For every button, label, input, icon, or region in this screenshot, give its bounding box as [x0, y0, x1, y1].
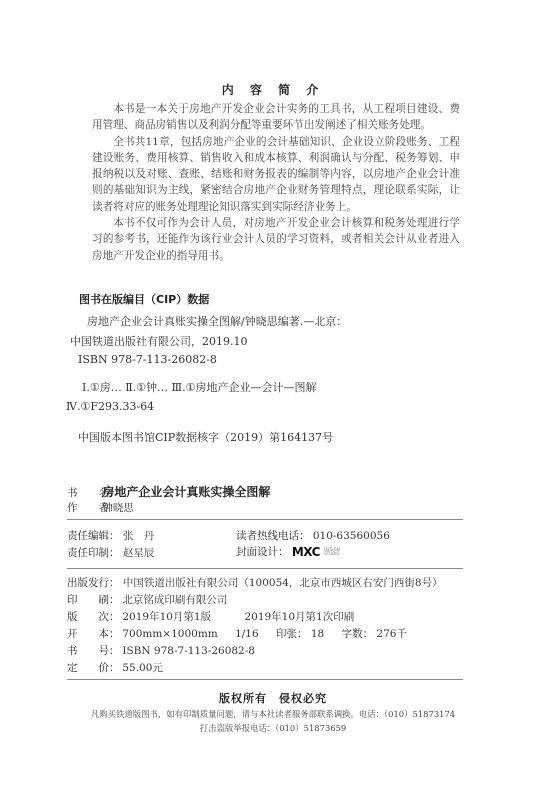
cip-line: 房地产企业会计真账实操全图解/钟晓思编著.—北京： — [87, 313, 347, 329]
printing-supervisor-value: 赵星辰 — [123, 547, 155, 559]
printing-supervisor-row: 责任印制： 赵星辰 — [67, 545, 154, 560]
words-value: 276千 — [376, 628, 407, 640]
hotline-label: 读者热线电话： — [236, 528, 310, 543]
cip-isbn: ISBN 978-7-113-26082-8 — [78, 353, 217, 366]
cip-title: 图书在版编目（CIP）数据 — [79, 291, 209, 307]
hotline-value: 010-63560056 — [313, 530, 390, 542]
price-value: 55.00元 — [122, 662, 163, 674]
book-title-label: 书 名： — [67, 485, 99, 500]
cip-classification-code: Ⅳ.①F293.33-64 — [66, 400, 154, 413]
sheets-value: 18 — [311, 628, 324, 640]
cover-design-row: 封面设计： MXC DESIGN STUDIO — [236, 544, 340, 559]
logo-sub-studio: STUDIO — [324, 552, 339, 556]
copyright-notice: 凡购买铁道版图书，如有印制质量问题，请与本社读者服务部联系调换。电话：（010）… — [0, 708, 546, 720]
edition-value: 2019年10月第1版 — [122, 611, 211, 623]
format-fraction: 1/16 — [235, 628, 259, 640]
intro-paragraph: 全书共11章，包括房地产企业的会计基础知识、企业设立阶段账务、工程建设账务、费用… — [92, 134, 460, 215]
mxc-logo-subtext: DESIGN STUDIO — [324, 548, 339, 556]
edition-label: 版 次： — [67, 609, 119, 624]
cip-line: 中国铁道出版社有限公司，2019.10 — [70, 333, 248, 349]
isbn-label: 书 号： — [67, 643, 119, 658]
sheets-label: 印张： — [276, 626, 308, 641]
printer-label: 印 刷： — [67, 592, 119, 607]
editor-value: 张 丹 — [123, 530, 155, 542]
printer-value: 北京铭成印刷有限公司 — [122, 594, 227, 606]
cip-record-number: 中国版本图书馆CIP数据核字（2019）第164137号 — [78, 429, 333, 445]
publisher-row: 出版发行： 中国铁道出版社有限公司（100054，北京市西城区右安门西街8号） — [67, 575, 443, 590]
intro-body: 本书是一本关于房地产开发企业会计实务的工具书，从工程项目建设、费用管理、商品房销… — [92, 101, 460, 264]
intro-paragraph: 本书不仅可作为会计人员，对房地产开发企业会计核算和税务处理进行学习的参考书，还能… — [92, 215, 460, 264]
isbn-row: 书 号： ISBN 978-7-113-26082-8 — [67, 643, 255, 658]
words-label: 字数： — [342, 626, 374, 641]
hotline-row: 读者热线电话： 010-63560056 — [236, 528, 390, 543]
cip-classification: Ⅰ.①房… Ⅱ.①钟… Ⅲ.①房地产企业—会计—图解 — [82, 379, 317, 395]
divider — [67, 568, 463, 569]
printer-row: 印 刷： 北京铭成印刷有限公司 — [67, 592, 227, 607]
author-row: 作 者： 钟晓思 — [67, 500, 134, 515]
cover-design-label: 封面设计： — [236, 544, 289, 559]
author-value: 钟晓思 — [102, 502, 134, 514]
divider — [67, 519, 463, 520]
format-value: 700mm×1000mm — [122, 628, 217, 640]
intro-paragraph: 本书是一本关于房地产开发企业会计实务的工具书，从工程项目建设、费用管理、商品房销… — [92, 101, 460, 134]
editor-row: 责任编辑： 张 丹 — [67, 528, 154, 543]
isbn-value: ISBN 978-7-113-26082-8 — [122, 645, 255, 657]
printing-value: 2019年10月第1次印刷 — [244, 611, 354, 623]
printing-supervisor-label: 责任印制： — [67, 545, 120, 560]
publisher-label: 出版发行： — [67, 575, 120, 590]
anti-piracy-hotline: 打击盗版举报电话：（010）51873659 — [0, 722, 546, 734]
divider — [67, 679, 463, 680]
book-title-row: 书 名： 房地产企业会计真账实操全图解 — [67, 483, 270, 500]
intro-title: 内 容 简 介 — [0, 81, 546, 98]
price-label: 定 价： — [67, 660, 119, 675]
mxc-logo: MXC — [292, 545, 320, 559]
editor-label: 责任编辑： — [67, 528, 120, 543]
edition-row: 版 次： 2019年10月第1版 2019年10月第1次印刷 — [67, 609, 354, 624]
book-title-value: 房地产企业会计真账实操全图解 — [102, 485, 270, 499]
format-label: 开 本： — [67, 626, 119, 641]
publisher-value: 中国铁道出版社有限公司（100054，北京市西城区右安门西街8号） — [123, 577, 443, 589]
author-label: 作 者： — [67, 500, 99, 515]
format-row: 开 本： 700mm×1000mm 1/16 印张： 18 字数： 276千 — [67, 626, 407, 641]
copyright-title: 版权所有 侵权必究 — [0, 690, 546, 706]
price-row: 定 价： 55.00元 — [67, 660, 163, 675]
